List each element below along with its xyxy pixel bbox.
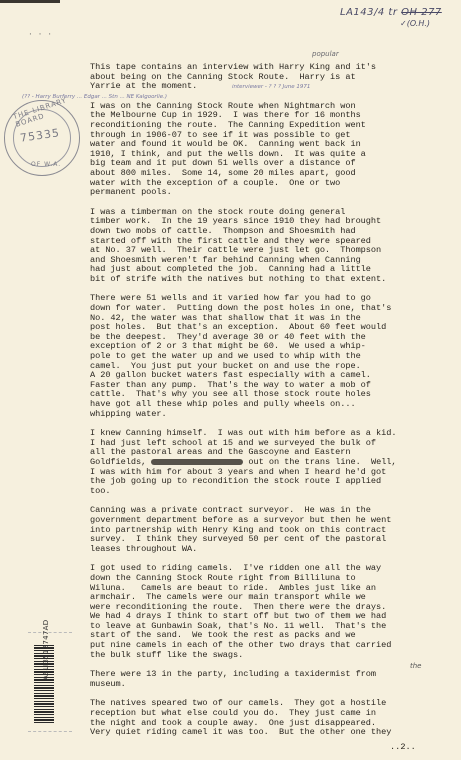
paragraph: There were 13 in the party, including a … (90, 670, 440, 689)
text-line: There were 13 in the party, including a … (90, 670, 440, 680)
text-line: whipping water. (90, 410, 440, 420)
stamp-bottom-text: OF W.A. (31, 161, 61, 168)
text-line: museum. (90, 680, 440, 690)
reference-number: LA143/4 tr OH 277 (340, 7, 442, 18)
paragraph: I was on the Canning Stock Route when Ni… (90, 102, 440, 198)
document-page: LA143/4 tr OH 277 ✓(O.H.) · · · popular … (0, 0, 461, 760)
paragraph: There were 51 wells and it varied how fa… (90, 294, 440, 419)
annotation-popular: popular (312, 50, 339, 58)
reference-struck: OH 277 (401, 7, 442, 18)
corner-dots: · · · (28, 30, 52, 39)
text-line: permanent pools. (90, 188, 440, 198)
text-line: Very quiet riding camel it was too. But … (90, 728, 440, 738)
reference-tick: ✓(O.H.) (400, 19, 430, 28)
barcode-text: ASLI3512747AD (42, 620, 50, 680)
scan-edge (0, 0, 60, 3)
reference-handwritten: LA143/4 tr (340, 7, 397, 18)
text-line: leases throughout WA. (90, 545, 440, 555)
paragraph: The natives speared two of our camels. T… (90, 699, 440, 737)
text-line: the bulk stuff like the swags. (90, 651, 440, 661)
paragraph: I was a timberman on the stock route doi… (90, 208, 440, 285)
library-stamp: THE LIBRARY BOARD 75335 OF W.A. (4, 100, 80, 176)
paragraph: This tape contains an interview with Har… (90, 63, 440, 92)
paragraph: I got used to riding camels. I've ridden… (90, 564, 440, 660)
text-line: Yarrie at the moment. (90, 82, 440, 92)
page-continuation: ..2.. (390, 742, 416, 752)
paragraph: Canning was a private contract surveyor.… (90, 506, 440, 554)
transcript-body: This tape contains an interview with Har… (90, 63, 440, 748)
text-line: bit of strife with the natives but nothi… (90, 275, 440, 285)
paragraph: I knew Canning himself. I was out with h… (90, 429, 440, 496)
struck-out-text (151, 459, 243, 465)
text-line: the job going up to recondition the stoc… (90, 477, 440, 487)
text-line: too. (90, 487, 440, 497)
